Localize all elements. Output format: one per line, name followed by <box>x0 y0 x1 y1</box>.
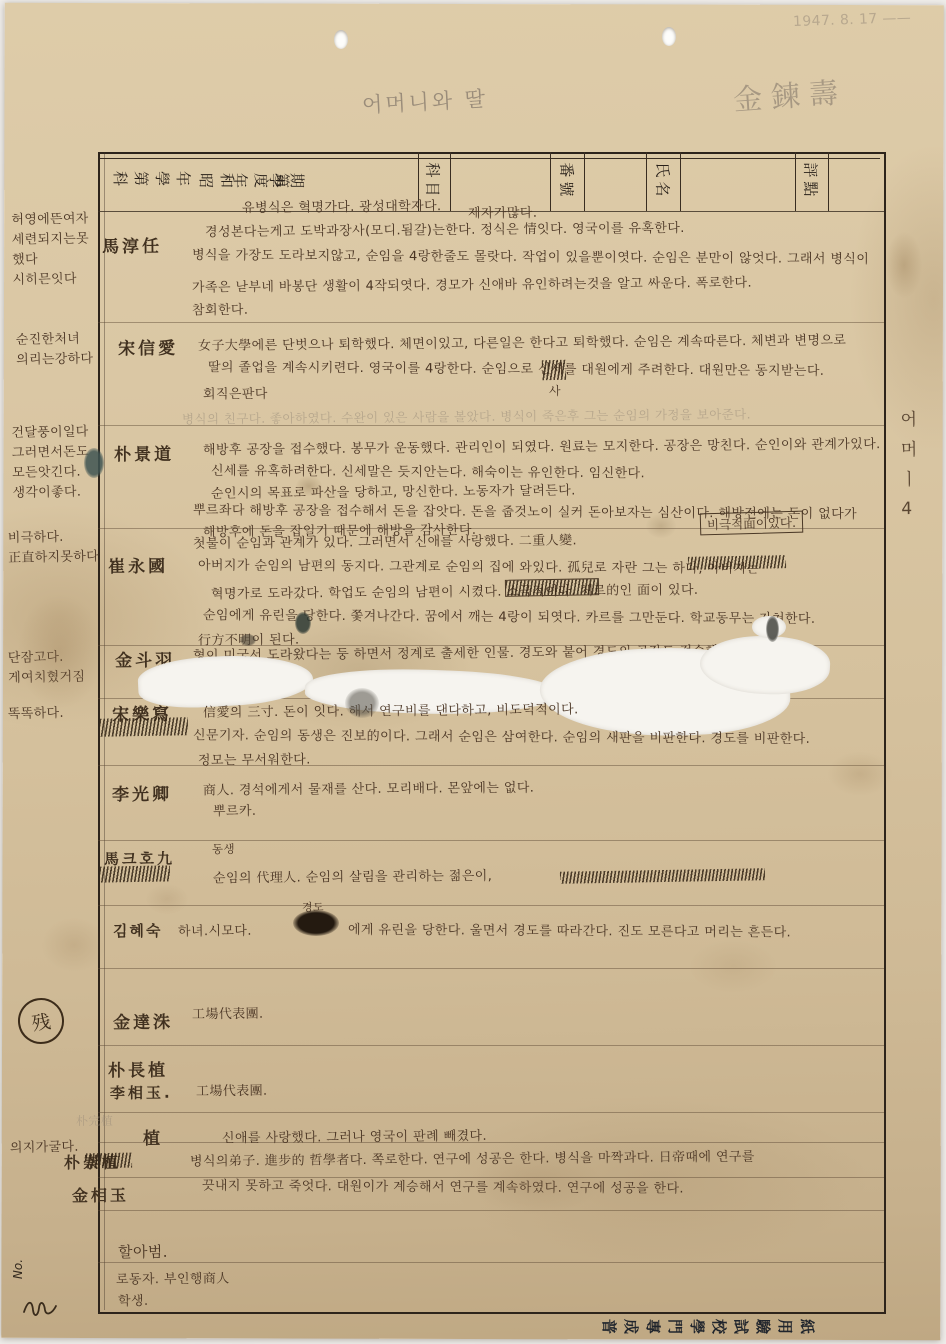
header-divider <box>450 152 451 211</box>
character-name: 李光卿 <box>112 780 172 806</box>
character-name: 김혜숙 <box>113 920 163 941</box>
punch-hole <box>334 30 348 49</box>
student-signature: 金鍊壽 <box>732 70 849 119</box>
character-name: 金達洙 <box>113 1008 173 1034</box>
header-divider <box>550 152 551 211</box>
punch-hole <box>662 27 676 46</box>
note-line: 商人. 경석에게서 물재를 산다. 모리배다. 몬앞에는 없다. <box>203 777 534 799</box>
ink-blot <box>345 688 379 718</box>
note-line: 신애를 사랑했다. 그러나 영국이 판례 빼겼다. <box>222 1125 487 1146</box>
row-rule <box>98 1262 884 1263</box>
margin-note: 허영에뜬여자 세련되지는못했다 시히믄잇다 <box>11 209 100 291</box>
row-rule <box>98 905 884 906</box>
crossed-out-scribble <box>100 717 188 737</box>
ink-blot <box>84 448 104 478</box>
ink-blot <box>240 634 256 646</box>
character-name: 崔永國 <box>108 552 168 578</box>
character-name-second: 金相玉 <box>72 1183 129 1206</box>
note-line: 하녀.시모다. <box>178 920 252 940</box>
header-handwritten-note: 유병식은 혁명가다. 광성대학자다. <box>242 195 442 216</box>
crossed-out-scribble <box>542 360 566 380</box>
note-line: 工場代表團. <box>192 1003 264 1023</box>
note-line: 참회한다. <box>192 299 249 318</box>
correction-char: 사 <box>549 382 561 399</box>
character-name: 植 <box>143 1124 163 1149</box>
note-line: 신세를 유혹하려한다. 신세말은 듯지안는다. 해숙이는 유인한다. 임신한다. <box>211 460 645 482</box>
note-line: 정모는 무서워한다. <box>198 749 311 769</box>
character-name: 할아범. <box>118 1241 168 1262</box>
header-divider <box>584 152 585 211</box>
pen-squiggle <box>20 1288 60 1322</box>
margin-note: 순진한처녀 의리는강하다 <box>16 329 105 371</box>
header-label-school-year: 學年 <box>152 168 194 189</box>
stain <box>146 884 188 914</box>
row-rule <box>98 1045 884 1046</box>
row-rule <box>98 1142 884 1143</box>
no-label: No. <box>11 1259 25 1279</box>
row-rule <box>98 1112 884 1113</box>
pencil-name-note: 朴完植 <box>76 1112 113 1129</box>
note-line: 딸의 졸업을 계속시키련다. 영국이를 4랑한다. 순임으로 신세를 대원에게 … <box>208 356 824 379</box>
header-divider <box>646 152 647 211</box>
margin-note: 의지가굴다. <box>10 1137 105 1159</box>
note-line: 순인시의 목표로 파산을 당하고, 망신한다. 노동자가 달려든다. <box>211 479 576 501</box>
row-rule <box>98 322 884 323</box>
ink-blot <box>766 616 779 642</box>
note-line: 뿌르카. <box>213 800 257 819</box>
margin-note: 비극하다. 正直하지못하다 <box>8 527 104 569</box>
stain <box>42 918 106 972</box>
stain <box>690 940 776 992</box>
ink-blot <box>295 612 311 634</box>
note-line: 신문기자. 순임의 동생은 진보的이다. 그래서 순임은 삼여한다. 순임의 새… <box>193 724 810 747</box>
character-name: 朴長植 <box>108 1056 168 1082</box>
header-label-subject-no: 科第 <box>110 168 152 189</box>
header-divider <box>680 152 681 211</box>
heavy-ink-blot <box>293 910 339 936</box>
character-name: 李相玉. <box>110 1082 173 1104</box>
row-rule <box>98 1210 884 1211</box>
character-name: 馬淳任 <box>102 232 162 258</box>
character-name: 로동자. 부인행商人 <box>116 1268 230 1288</box>
header-divider <box>828 152 829 211</box>
note-line: 순임의 代理人. 순임의 살림을 관리하는 젊은이, <box>213 865 492 886</box>
note-above: 동생 <box>212 841 235 857</box>
header-divider <box>795 152 796 211</box>
note-line: 工場代表團. <box>196 1080 268 1100</box>
crossed-out-scribble <box>100 865 170 882</box>
note-line: 첫불이 순임과 관계가 있다. 그러면서 신애를 사랑했다. 二重人變. <box>193 529 577 551</box>
printed-footer-school-name: 普成專門學校試驗用紙 <box>598 1316 818 1337</box>
photo-of-exam-sheet: 1947. 8. 17 —— 어머니와 딸 金鍊壽 科第 學年 昭和 年度第 學… <box>0 0 946 1344</box>
form-inner-top-line <box>100 158 880 159</box>
stain <box>472 1150 600 1214</box>
header-label-semester: 學期 <box>266 170 308 191</box>
header-label-score: 評點 <box>802 160 817 198</box>
stain <box>646 514 676 538</box>
stain <box>828 752 892 796</box>
stain <box>296 476 322 496</box>
character-name: 宋信愛 <box>118 334 178 360</box>
side-vertical-label: 어머ㅣ4 <box>900 406 918 525</box>
note-line: 信愛의 三寸. 돈이 잇다. 해서 연구비를 댄다하고, 비도덕적이다. <box>203 698 579 720</box>
header-label-name: 氏名 <box>654 160 669 198</box>
stain <box>18 596 102 708</box>
crossed-out-scribble <box>688 555 786 570</box>
header-label-number: 番號 <box>558 160 573 198</box>
header-label-subject: 科目 <box>424 160 439 198</box>
note-line: 아버지가 순임의 남편의 동지다. 그관계로 순임의 집에 와있다. 孤兒로 자… <box>198 554 759 576</box>
note-line: 회직은판다 <box>203 383 268 403</box>
note-line: 학생. <box>118 1290 149 1309</box>
boxed-crossed-out-scribble <box>505 578 599 597</box>
note-line: 에게 유린을 당한다. 울면서 경도를 따라간다. 진도 모른다고 머리는 흔든… <box>348 919 791 941</box>
note-line: 끗내지 못하고 죽엇다. 대원이가 계승해서 연구를 계속하였다. 연구에 성공… <box>202 1175 684 1197</box>
stain <box>886 232 922 298</box>
boxed-annotation: 비극적面이있다. <box>700 511 803 536</box>
character-name: 朴景道 <box>114 440 174 466</box>
